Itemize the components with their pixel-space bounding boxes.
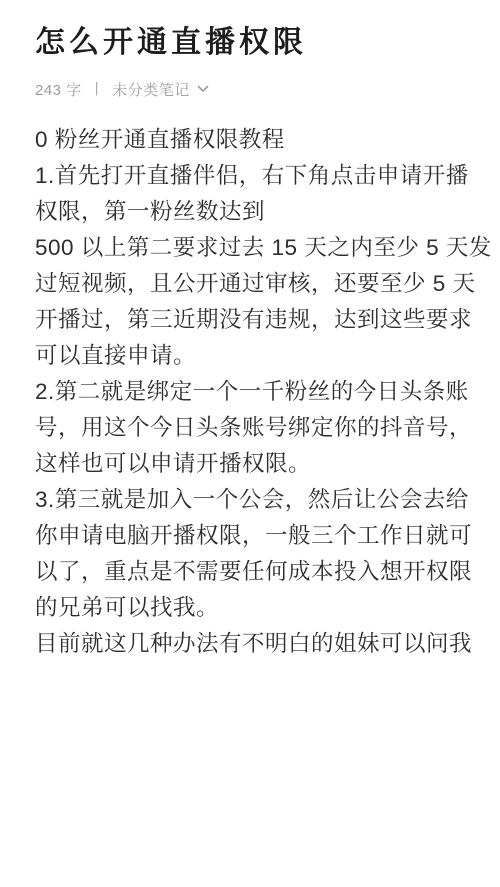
word-count: 243 字 <box>35 79 82 100</box>
note-body-line: 这样也可以申请开播权限。 <box>35 446 470 482</box>
chevron-down-icon <box>197 85 209 93</box>
note-body: 0 粉丝开通直播权限教程 1.首先打开直播伴侣，右下角点击申请开播 权限，第一粉… <box>35 122 470 662</box>
note-body-line: 0 粉丝开通直播权限教程 <box>35 122 470 158</box>
note-meta-row: 243 字 丨 未分类笔记 <box>35 78 470 100</box>
note-body-line: 2.第二就是绑定一个一千粉丝的今日头条账 <box>35 374 470 410</box>
note-body-line: 过短视频，且公开通过审核，还要至少 5 天 <box>35 266 470 302</box>
meta-divider: 丨 <box>90 79 105 100</box>
note-title: 怎么开通直播权限 <box>35 23 470 63</box>
note-body-line: 你申请电脑开播权限，一般三个工作日就可 <box>35 518 470 554</box>
note-page: 怎么开通直播权限 243 字 丨 未分类笔记 0 粉丝开通直播权限教程 1.首先… <box>0 0 500 887</box>
category-label: 未分类笔记 <box>112 79 190 100</box>
note-body-line: 权限，第一粉丝数达到 <box>35 194 470 230</box>
note-body-line: 目前就这几种办法有不明白的姐妹可以问我 <box>35 626 470 662</box>
note-body-line: 以了，重点是不需要任何成本投入想开权限 <box>35 554 470 590</box>
note-body-line: 的兄弟可以找我。 <box>35 590 470 626</box>
category-selector[interactable]: 未分类笔记 <box>112 79 209 100</box>
note-content: 怎么开通直播权限 243 字 丨 未分类笔记 0 粉丝开通直播权限教程 1.首先… <box>0 0 500 662</box>
note-body-line: 500 以上第二要求过去 15 天之内至少 5 天发 <box>35 230 470 266</box>
note-body-line: 号，用这个今日头条账号绑定你的抖音号， <box>35 410 470 446</box>
note-body-line: 可以直接申请。 <box>35 338 470 374</box>
note-body-line: 开播过，第三近期没有违规，达到这些要求 <box>35 302 470 338</box>
note-body-line: 3.第三就是加入一个公会，然后让公会去给 <box>35 482 470 518</box>
note-body-line: 1.首先打开直播伴侣，右下角点击申请开播 <box>35 158 470 194</box>
